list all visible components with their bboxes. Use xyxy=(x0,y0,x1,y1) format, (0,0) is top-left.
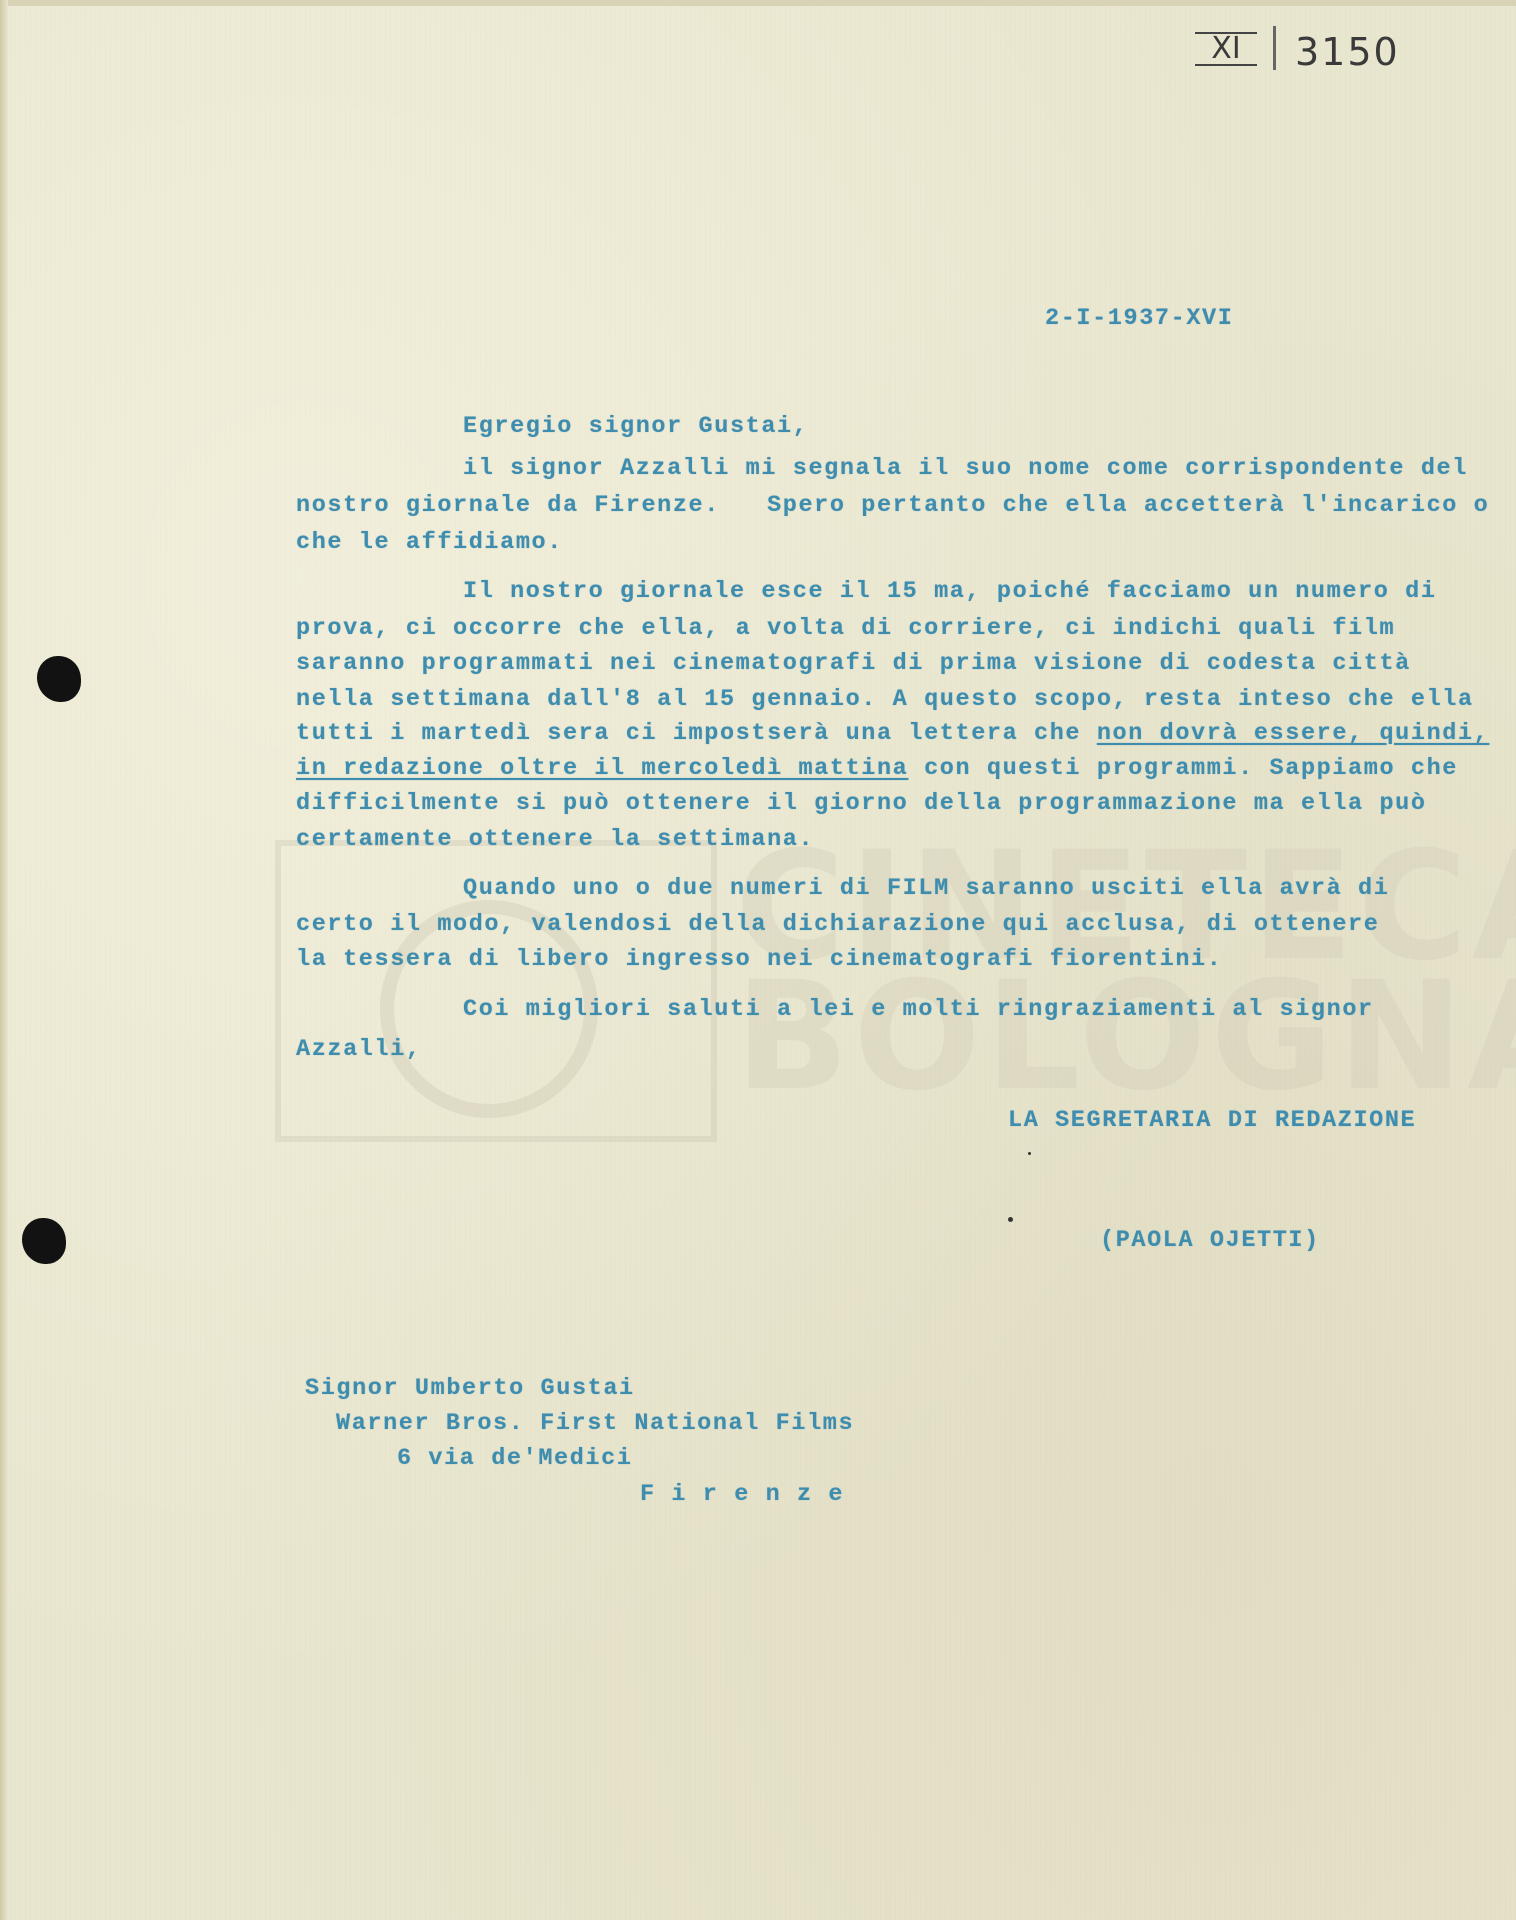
salutation: Egregio signor Gustai, xyxy=(463,413,808,440)
watermark-line2: BOLOGNA xyxy=(735,950,1516,1124)
address-street: 6 via de'Medici xyxy=(397,1445,633,1472)
paragraph-2-line-7: difficilmente si può ottenere il giorno … xyxy=(296,790,1427,817)
underlined-phrase-1: non dovrà essere, quindi, xyxy=(1097,720,1490,747)
paragraph-2-line-6-rest: con questi programmi. Sappiamo che xyxy=(908,755,1458,782)
paragraph-2-line-4: nella settimana dall'8 al 15 gennaio. A … xyxy=(296,686,1474,713)
paragraph-2-line-2: prova, ci occorre che ella, a volta di c… xyxy=(296,615,1395,642)
signature-title: LA SEGRETARIA DI REDAZIONE xyxy=(1008,1107,1416,1134)
underlined-phrase-2: in redazione oltre il mercoledì mattina xyxy=(296,755,908,782)
address-city: F i r e n z e xyxy=(640,1481,844,1508)
archive-divider xyxy=(1273,26,1276,70)
signature-name: (PAOLA OJETTI) xyxy=(1100,1227,1320,1254)
paragraph-2-line-3: saranno programmati nei cinematografi di… xyxy=(296,650,1411,677)
paragraph-1-line-2: nostro giornale da Firenze. Spero pertan… xyxy=(296,492,1489,519)
paragraph-2-line-6: in redazione oltre il mercoledì mattina … xyxy=(296,755,1458,782)
paragraph-1-line-1: il signor Azzalli mi segnala il suo nome… xyxy=(463,455,1468,482)
punch-hole-icon xyxy=(37,656,81,702)
paragraph-2-line-5: tutti i martedì sera ci impostserà una l… xyxy=(296,720,1489,747)
ink-speck xyxy=(1028,1152,1031,1155)
paragraph-2-line-5-text: tutti i martedì sera ci impostserà una l… xyxy=(296,720,1097,747)
archive-number: 3150 xyxy=(1295,30,1400,74)
address-company: Warner Bros. First National Films xyxy=(336,1410,854,1437)
paragraph-2-line-8: certamente ottenere la settimana. xyxy=(296,826,814,853)
paragraph-3-line-3: la tessera di libero ingresso nei cinema… xyxy=(296,946,1222,973)
paragraph-3-line-2: certo il modo, valendosi della dichiaraz… xyxy=(296,911,1379,938)
paragraph-2-line-1: Il nostro giornale esce il 15 ma, poiché… xyxy=(463,578,1437,605)
ink-speck xyxy=(1008,1217,1013,1222)
letter-date: 2-I-1937-XVI xyxy=(1045,305,1233,332)
paper-edge xyxy=(0,0,1516,6)
archive-series: XI xyxy=(1195,32,1257,66)
closing-line-1: Coi migliori saluti a lei e molti ringra… xyxy=(463,996,1374,1023)
paper-edge-left xyxy=(0,0,8,1920)
closing-line-2: Azzalli, xyxy=(296,1036,422,1063)
address-name: Signor Umberto Gustai xyxy=(305,1375,635,1402)
paragraph-3-line-1: Quando uno o due numeri di FILM saranno … xyxy=(463,875,1389,902)
paragraph-1-line-3: che le affidiamo. xyxy=(296,529,563,556)
punch-hole-icon xyxy=(22,1218,66,1264)
